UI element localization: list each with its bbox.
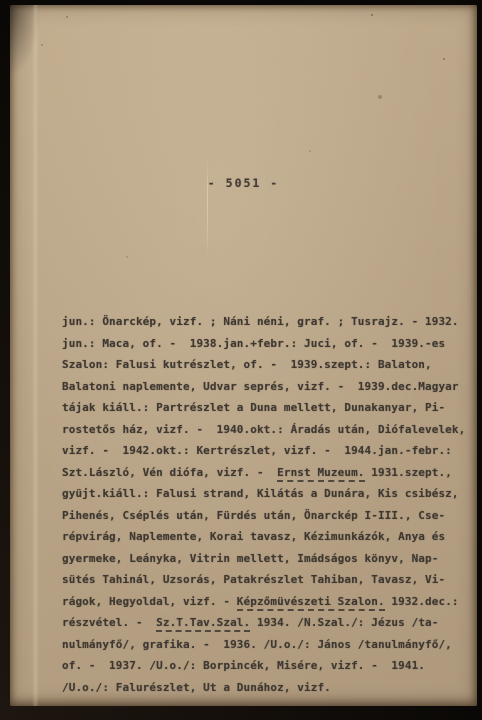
text-line: vizf. - 1942.okt.: Kertrészlet, vizf. - … xyxy=(62,440,470,462)
document-page: - 5051 - jun.: Önarckép, vizf. ; Náni né… xyxy=(10,5,477,706)
text-line: gyermeke, Leányka, Vitrin mellett, Imáds… xyxy=(62,548,470,570)
underlined-text: Képzőmüvészeti Szalon. xyxy=(237,595,385,611)
text-line: jun.: Maca, of. - 1938.jan.+febr.: Juci,… xyxy=(62,333,470,355)
underlined-text: Ernst Muzeum. xyxy=(277,466,364,482)
vertical-crease xyxy=(207,158,208,256)
text-line: nulmányfő/, grafika. - 1936. /U.o./: Ján… xyxy=(62,634,470,656)
text-block: jun.: Önarckép, vizf. ; Náni néni, graf.… xyxy=(62,311,470,698)
text-line: gyüjt.kiáll.: Falusi strand, Kilátás a D… xyxy=(62,483,470,505)
text-line: of. - 1937. /U.o./: Borpincék, Misére, v… xyxy=(62,655,470,677)
page-number: - 5051 - xyxy=(10,176,477,190)
text-line: sütés Tahinál, Uzsorás, Patakrészlet Tah… xyxy=(62,569,470,591)
text-line: répvirág, Naplemente, Korai tavasz, Kézi… xyxy=(62,526,470,548)
text-line: Szalon: Falusi kutrészlet, of. - 1939.sz… xyxy=(62,354,470,376)
fold-crease xyxy=(32,5,39,706)
underlined-text: Sz.T.Tav.Szal. xyxy=(156,616,250,632)
paper-specks xyxy=(371,14,373,16)
text-line: részvétel. - Sz.T.Tav.Szal. 1934. /N.Sza… xyxy=(62,612,470,634)
text-line: rágok, Hegyoldal, vizf. - Képzőmüvészeti… xyxy=(62,591,470,613)
text-line: jun.: Önarckép, vizf. ; Náni néni, graf.… xyxy=(62,311,470,333)
text-line: rostetős ház, vizf. - 1940.okt.: Áradás … xyxy=(62,419,470,441)
text-line: /U.o./: Falurészlet, Ut a Dunához, vizf. xyxy=(62,677,470,699)
text-line: Balatoni naplemente, Udvar seprés, vizf.… xyxy=(62,376,470,398)
scan-background: - 5051 - jun.: Önarckép, vizf. ; Náni né… xyxy=(0,0,482,720)
text-line: Szt.László, Vén diófa, vizf. - Ernst Muz… xyxy=(62,462,470,484)
corner-shadow xyxy=(10,5,40,75)
text-line: Pihenés, Cséplés után, Fürdés után, Önar… xyxy=(62,505,470,527)
text-line: tájak kiáll.: Partrészlet a Duna mellett… xyxy=(62,397,470,419)
